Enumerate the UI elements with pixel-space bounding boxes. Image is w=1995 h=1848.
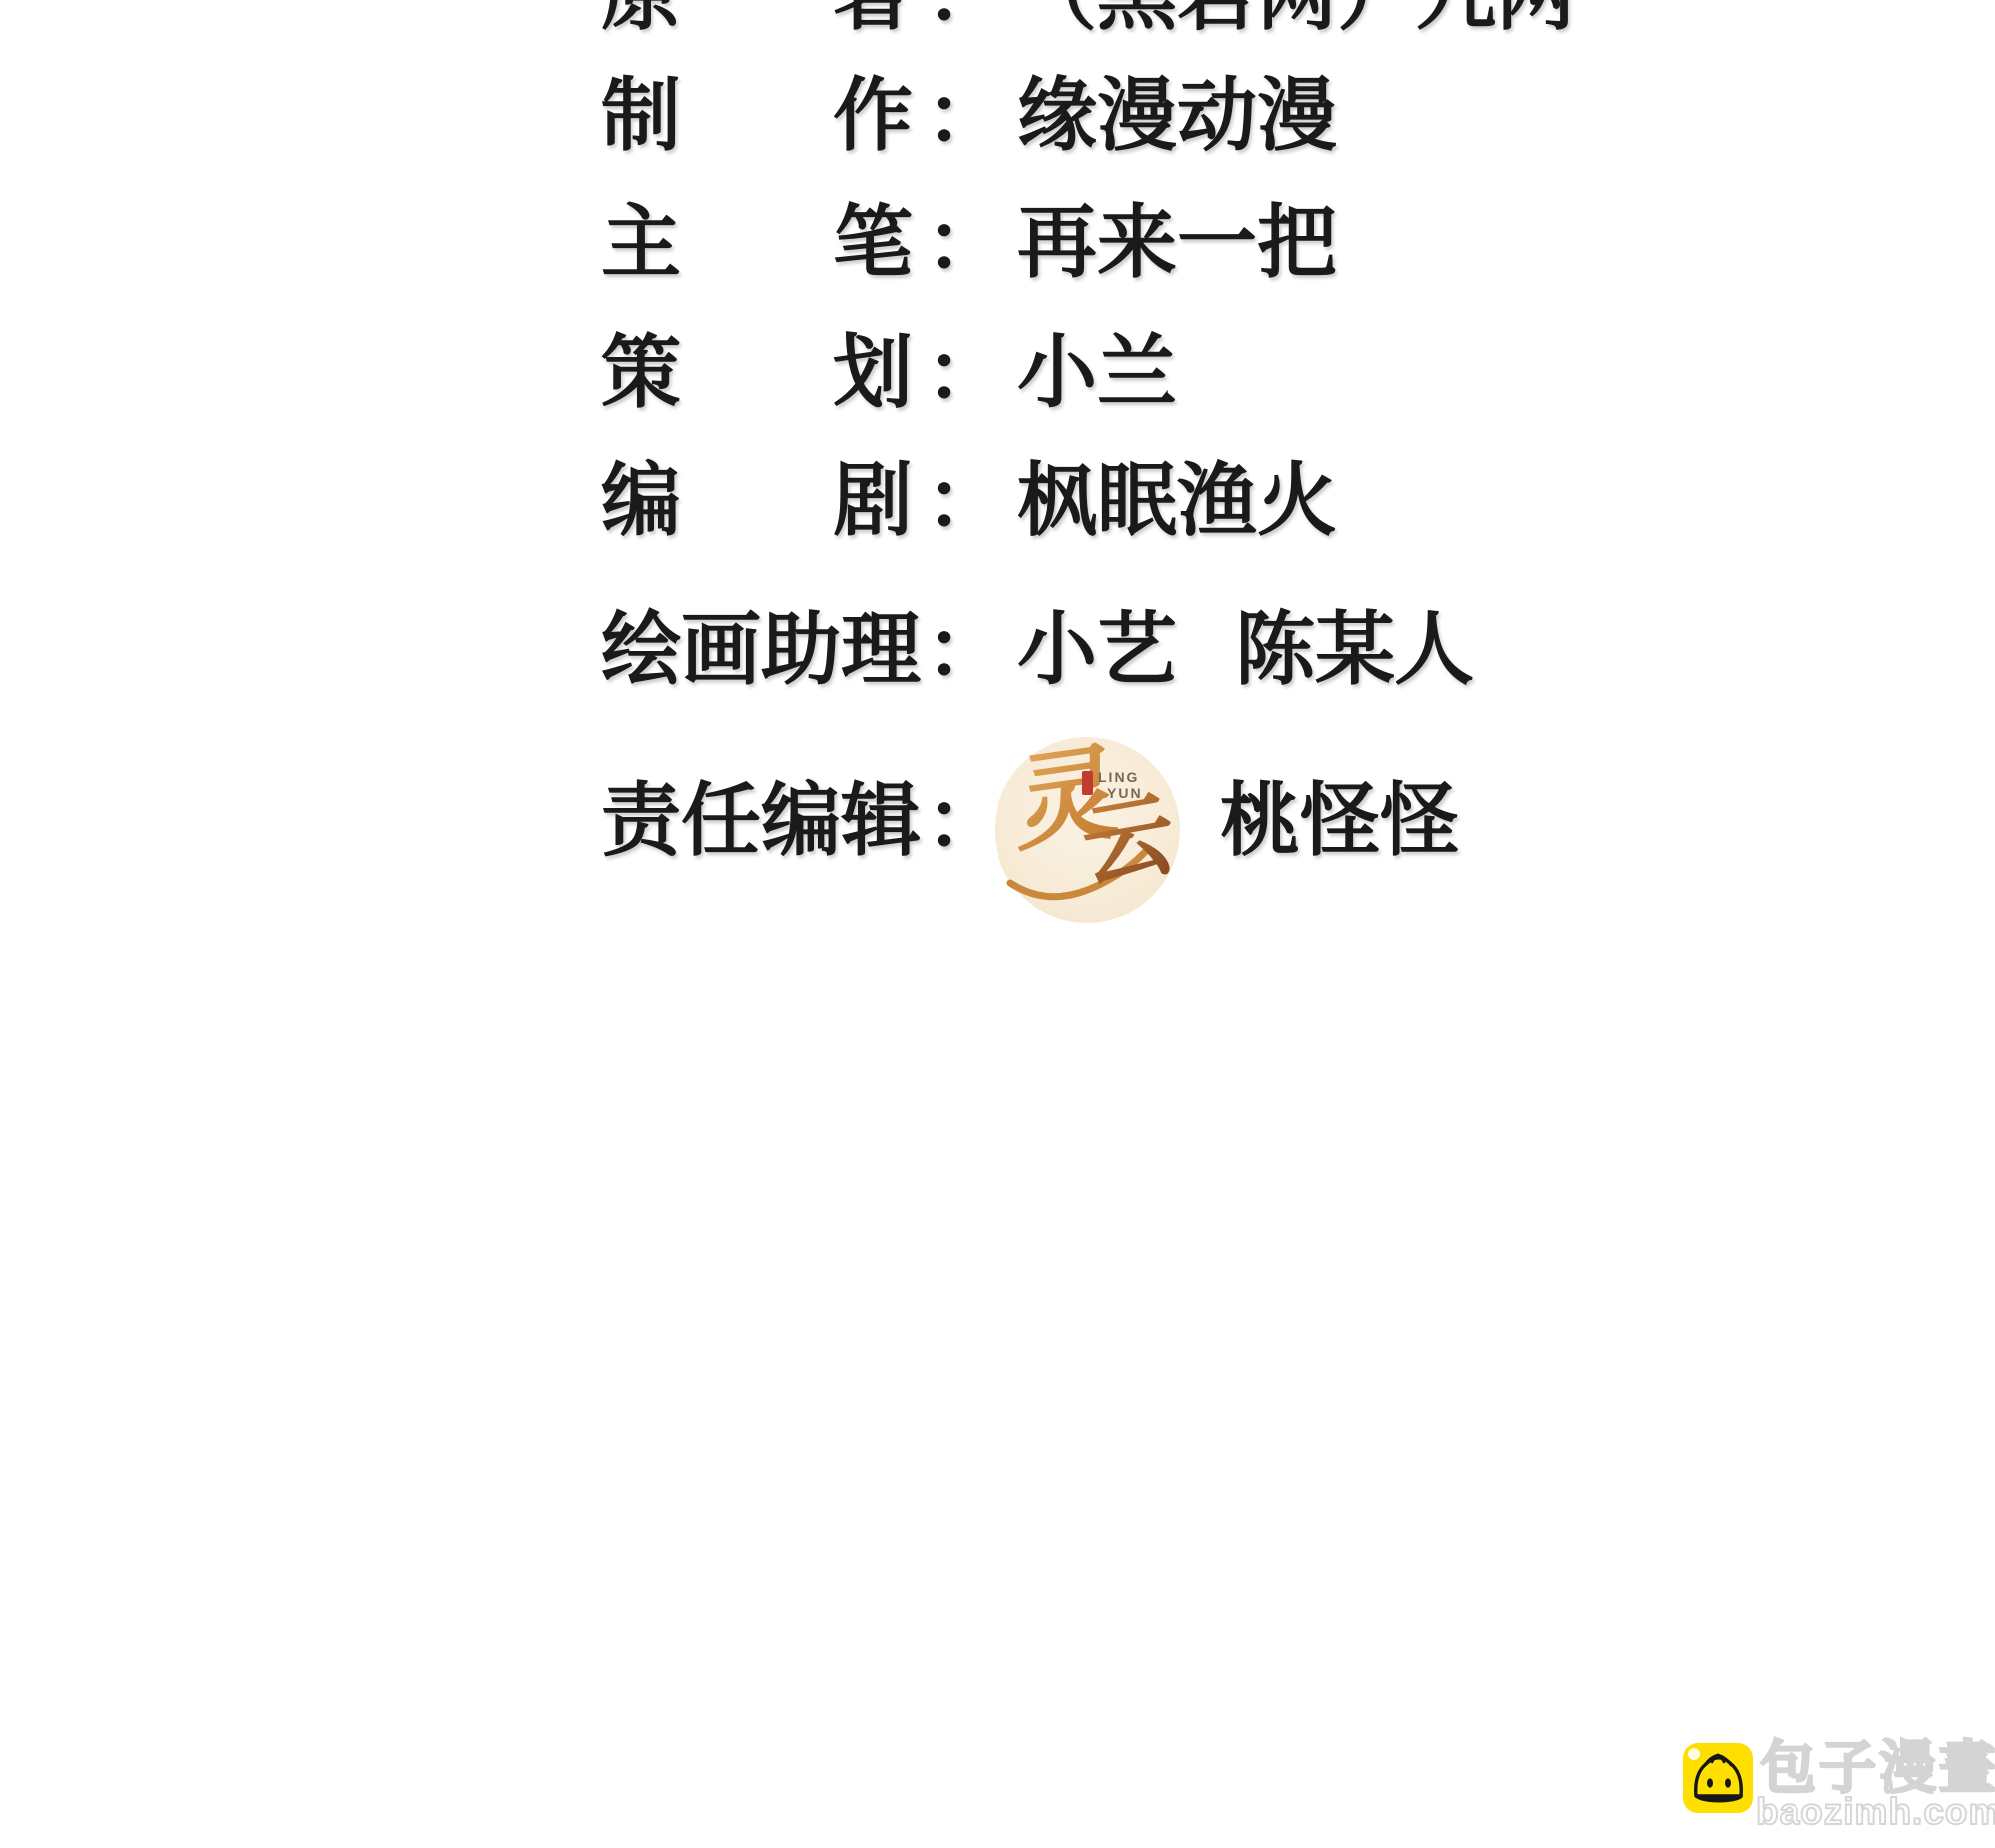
watermark-site-url: baozimh.com <box>1756 1791 1995 1833</box>
colon: ： <box>913 333 1017 413</box>
label-char: 责 <box>601 781 681 861</box>
credit-value: 桃怪怪 <box>1220 781 1459 861</box>
credit-value: 再来一把 <box>1017 203 1337 283</box>
label-char: 著 <box>833 0 913 35</box>
red-seal-icon <box>1082 771 1093 795</box>
credit-label: 制 作 <box>601 76 913 156</box>
label-char: 原 <box>601 0 681 35</box>
baozi-bun-icon <box>1683 1743 1753 1813</box>
credit-label: 主 笔 <box>601 203 913 283</box>
credit-row-original-author: 原 著 ： （黑岩网）九两 <box>601 0 1576 35</box>
label-char: 作 <box>833 76 913 156</box>
colon: ： <box>913 0 1017 35</box>
credit-value: 小兰 <box>1017 333 1177 413</box>
label-char: 笔 <box>833 203 913 283</box>
label-char: 剧 <box>833 461 913 541</box>
credit-row-art-assistants: 绘 画 助 理 ： 小艺 陈某人 <box>601 610 1474 690</box>
credit-row-planning: 策 划 ： 小兰 <box>601 333 1177 413</box>
label-char: 任 <box>681 781 761 861</box>
lingyun-studio-logo: 灵 云 LING YUN <box>995 737 1180 923</box>
label-char: 画 <box>681 610 761 690</box>
logo-en-line2: YUN <box>1107 785 1143 801</box>
label-char: 编 <box>601 461 681 541</box>
logo-en-line1: LING <box>1098 769 1139 785</box>
label-char: 策 <box>601 333 681 413</box>
label-char: 主 <box>601 203 681 283</box>
colon: ： <box>913 610 1017 690</box>
credit-row-screenwriter: 编 剧 ： 枫眠渔火 <box>601 461 1337 541</box>
colon: ： <box>913 461 1017 541</box>
credit-value-second: 陈某人 <box>1235 610 1474 690</box>
credit-label: 责 任 编 辑 <box>601 781 913 861</box>
label-char: 助 <box>761 610 841 690</box>
label-char: 制 <box>601 76 681 156</box>
comic-credits-page: 原 著 ： （黑岩网）九两 制 作 ： 缘漫动漫 主 笔 ： 再来一把 策 划 … <box>0 0 1995 1848</box>
credit-label: 编 剧 <box>601 461 913 541</box>
label-char: 编 <box>761 781 841 861</box>
colon: ： <box>913 76 1017 156</box>
credit-value: 小艺 <box>1017 610 1177 690</box>
label-char: 理 <box>841 610 921 690</box>
credit-value: （黑岩网）九两 <box>1017 0 1576 35</box>
credit-label: 原 著 <box>601 0 913 35</box>
colon: ： <box>913 203 1017 283</box>
credit-row-lead-artist: 主 笔 ： 再来一把 <box>601 203 1337 283</box>
logo-romanization: LING YUN <box>1098 769 1143 801</box>
credit-row-production: 制 作 ： 缘漫动漫 <box>601 76 1337 156</box>
label-char: 绘 <box>601 610 681 690</box>
label-char: 划 <box>833 333 913 413</box>
credit-label: 策 划 <box>601 333 913 413</box>
credit-label: 绘 画 助 理 <box>601 610 913 690</box>
credit-value: 缘漫动漫 <box>1017 76 1337 156</box>
logo-char-yun: 云 <box>1079 787 1176 895</box>
label-char: 辑 <box>841 781 921 861</box>
credit-value: 枫眠渔火 <box>1017 461 1337 541</box>
watermark-site-name: 包子漫畫 <box>1760 1737 1995 1799</box>
